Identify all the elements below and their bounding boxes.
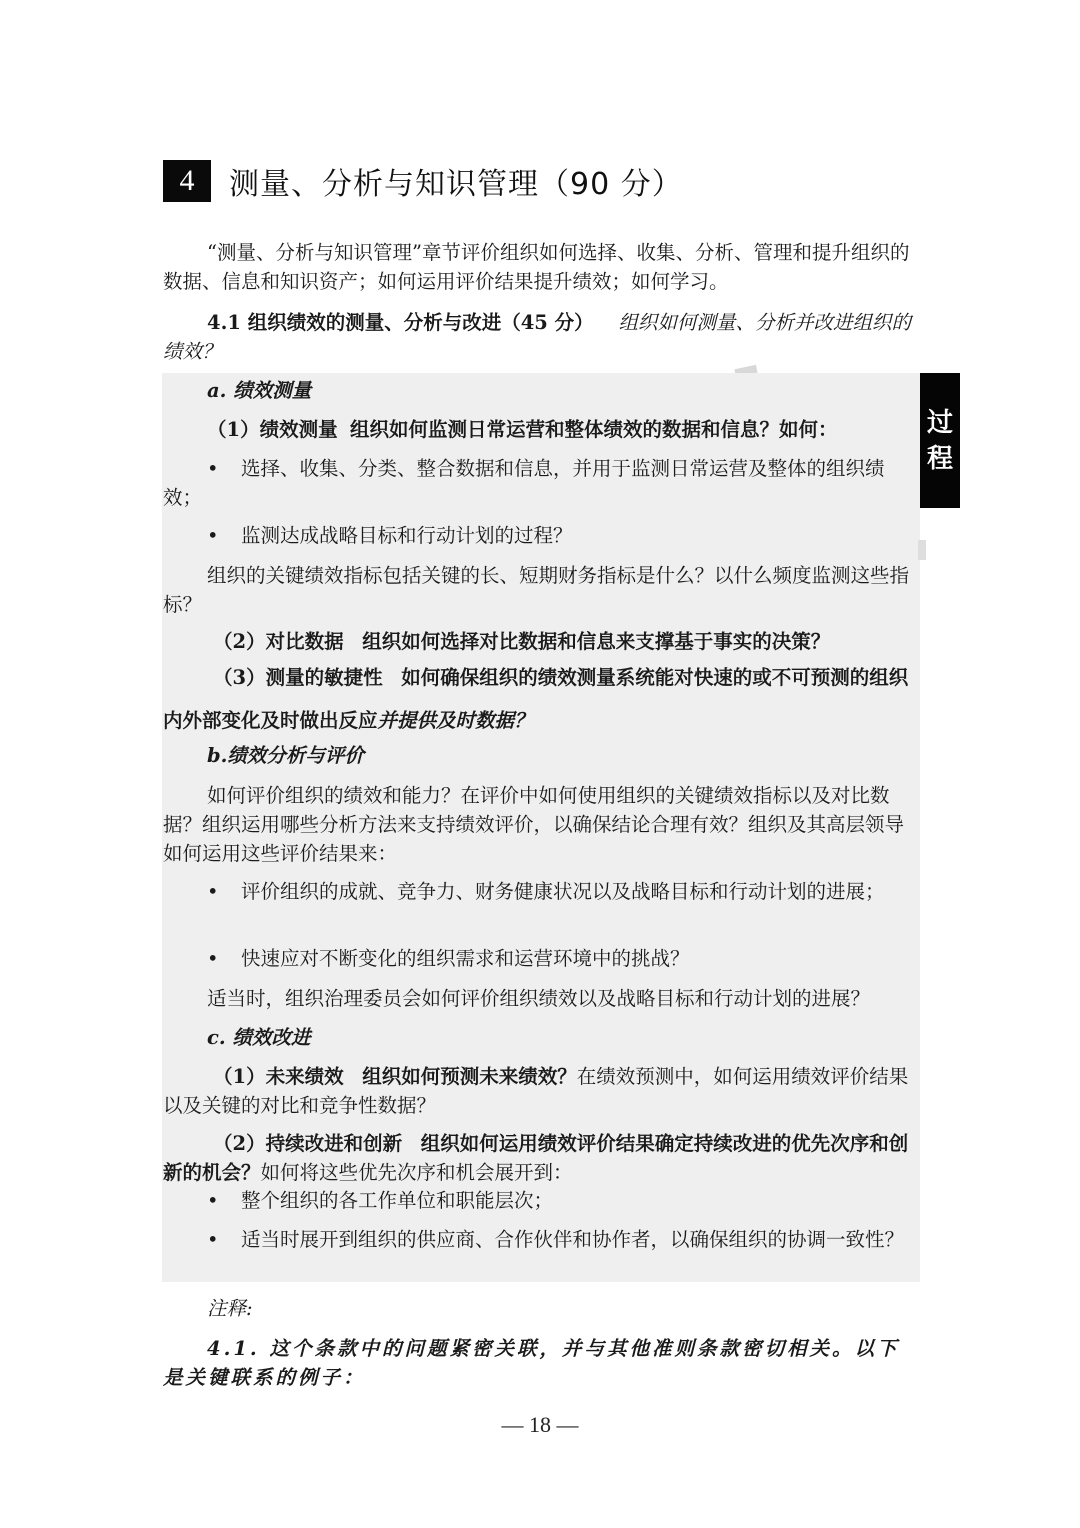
section-4-1-header: 4.1 组织绩效的测量、分析与改进（45 分） 组织如何测量、分析并改进组织的绩…: [163, 308, 918, 366]
side-tab-char: 过: [927, 405, 953, 441]
item-question: 组织如何监测日常运营和整体绩效的数据和信息？如何：: [350, 418, 838, 441]
part-b-bullet-2: 快速应对不断变化的组织需求和运营环境中的挑战？: [163, 944, 918, 973]
item-question-tail: 并提供及时数据？: [378, 709, 534, 732]
notes-label: 注释:: [163, 1294, 918, 1323]
part-a-heading: a. 绩效测量: [163, 376, 918, 405]
part-c-item-2: （2）持续改进和创新 组织如何运用绩效评价结果确定持续改进的优先次序和创新的机会…: [163, 1129, 918, 1187]
document-page: 4 测量、分析与知识管理（90 分） “测量、分析与知识管理”章节评价组织如何选…: [0, 0, 1080, 1528]
notes-text: 4.1. 这个条款中的问题紧密关联，并与其他准则条款密切相关。以下是关键联系的例…: [163, 1334, 918, 1392]
section-4-1-heading: 4.1 组织绩效的测量、分析与改进（45 分）: [207, 311, 594, 334]
part-a-item-2: （2）对比数据 组织如何选择对比数据和信息来支撑基于事实的决策？: [163, 627, 918, 656]
item-label: （1）未来绩效: [213, 1065, 344, 1088]
part-b-text: 如何评价组织的绩效和能力？在评价中如何使用组织的关键绩效指标以及对比数据？组织运…: [163, 781, 918, 868]
part-c-bullet-2: 适当时展开到组织的供应商、合作伙伴和协作者，以确保组织的协调一致性？: [163, 1225, 918, 1254]
side-tab-char: 程: [927, 441, 953, 477]
part-a-kpi-text: 组织的关键绩效指标包括关键的长、短期财务指标是什么？以什么频度监测这些指标？: [163, 561, 918, 619]
part-c-bullet-1: 整个组织的各工作单位和职能层次；: [163, 1186, 918, 1215]
item-question: 组织如何选择对比数据和信息来支撑基于事实的决策？: [362, 630, 830, 653]
part-a-bullet-2: 监测达成战略目标和行动计划的过程？: [163, 521, 918, 550]
item-question: 组织如何预测未来绩效？: [362, 1065, 577, 1088]
item-label: （2）持续改进和创新: [213, 1132, 402, 1155]
chapter-number-badge: 4: [163, 160, 211, 202]
chapter-intro: “测量、分析与知识管理”章节评价组织如何选择、收集、分析、管理和提升组织的数据、…: [163, 238, 918, 296]
chapter-title: 测量、分析与知识管理（90 分）: [229, 159, 683, 203]
part-a-item-3: （3）测量的敏捷性 如何确保组织的绩效测量系统能对快速的或不可预测的组织内外部变…: [163, 656, 918, 742]
part-b-governance-text: 适当时，组织治理委员会如何评价组织绩效以及战略目标和行动计划的进展？: [163, 984, 933, 1013]
chapter-heading: 4 测量、分析与知识管理（90 分）: [163, 160, 683, 202]
side-tab-process: 过 程: [920, 373, 960, 508]
part-b-heading: b.绩效分析与评价: [163, 741, 918, 770]
watermark-stroke: [918, 540, 926, 560]
page-number: — 18 —: [0, 1412, 1080, 1438]
part-c-heading: c. 绩效改进: [163, 1023, 918, 1052]
item-label: （1）绩效测量: [207, 418, 338, 441]
part-a-bullet-1: 选择、收集、分类、整合数据和信息，并用于监测日常运营及整体的组织绩效；: [163, 454, 918, 512]
item-text: 如何将这些优先次序和机会展开到：: [261, 1161, 573, 1184]
part-c-item-1: （1）未来绩效 组织如何预测未来绩效？在绩效预测中，如何运用绩效评价结果以及关键…: [163, 1062, 918, 1120]
part-a-item-1: （1）绩效测量 组织如何监测日常运营和整体绩效的数据和信息？如何：: [163, 415, 918, 444]
item-label: （3）测量的敏捷性: [213, 666, 383, 689]
part-b-bullet-1: 评价组织的成就、竞争力、财务健康状况以及战略目标和行动计划的进展；: [163, 877, 918, 906]
item-label: （2）对比数据: [213, 630, 344, 653]
